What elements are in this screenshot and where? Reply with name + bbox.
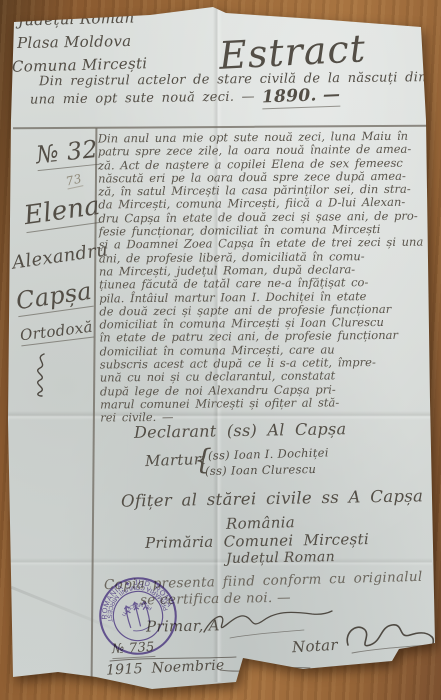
document-paper: Județul Roman Plasa Moldova Comuna Mirce… bbox=[0, 0, 441, 700]
declarant-line: Declarant (ss) Al Capșa bbox=[134, 419, 347, 442]
registry-year: 1890. — bbox=[262, 85, 341, 110]
paper-shadow: Județul Roman Plasa Moldova Comuna Mirce… bbox=[0, 0, 441, 700]
subtitle-line-1: Din registrul actelor de stare civilă de… bbox=[39, 70, 441, 89]
subtitle-line-2: una mie opt sute nouă zeci. — bbox=[30, 89, 255, 107]
act-body-text: Din anul una mie opt sute nouă zeci, lun… bbox=[98, 130, 434, 425]
act-number: № 32 bbox=[35, 135, 100, 171]
margin-religion: Ortodoxă bbox=[19, 318, 94, 347]
witness-signature-1: (ss) Ioan I. Dochiței bbox=[208, 445, 329, 462]
date-flourish bbox=[218, 662, 313, 676]
margin-child-name: Elena bbox=[22, 191, 102, 233]
county-line-2: Județul Roman bbox=[226, 549, 335, 567]
header-county: Județul Roman bbox=[18, 8, 135, 29]
margin-family-name: Capșa bbox=[14, 277, 94, 317]
margin-squiggle bbox=[30, 352, 52, 398]
header-district: Plasa Moldova bbox=[17, 32, 132, 52]
country-line: România bbox=[226, 513, 295, 533]
officer-line: Ofițer al stărei civile ss A Capșa bbox=[121, 486, 423, 510]
townhall-line: Primăria Comunei Mircești bbox=[145, 530, 369, 552]
horizontal-fold-crease-2 bbox=[8, 558, 432, 566]
witness-signature-2: (ss) Ioan Clurescu bbox=[205, 462, 316, 478]
header-divider-line bbox=[13, 125, 427, 130]
notar-signature bbox=[340, 615, 438, 670]
pencil-note: 73 bbox=[65, 172, 84, 190]
photographed-document: Județul Roman Plasa Moldova Comuna Mirce… bbox=[0, 0, 441, 700]
notar-label: Notar bbox=[292, 636, 339, 656]
